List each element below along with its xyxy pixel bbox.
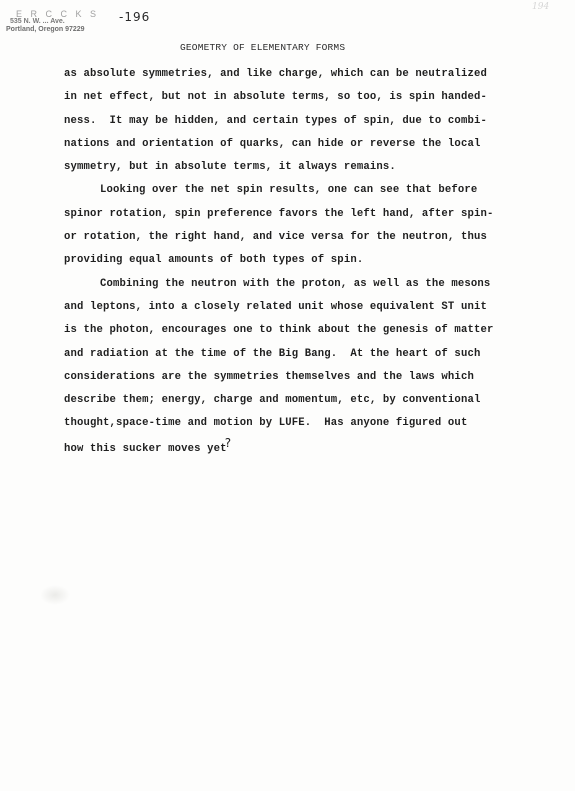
text-line: thought,space-time and motion by LUFE. H…: [64, 412, 534, 435]
text-line: nations and orientation of quarks, can h…: [64, 133, 534, 156]
faint-corner-mark: 194: [532, 2, 549, 12]
final-line-text: how this sucker moves yet: [64, 443, 227, 455]
document-page: E R C C K S 535 N. W. ... Ave. Portland,…: [0, 0, 575, 791]
paper-smudge: [40, 585, 70, 605]
document-title: GEOMETRY OF ELEMENTARY FORMS: [180, 42, 345, 53]
text-line: symmetry, but in absolute terms, it alwa…: [64, 156, 534, 179]
text-line: is the photon, encourages one to think a…: [64, 319, 534, 342]
handwritten-page-number: -196: [119, 10, 150, 24]
text-line: spinor rotation, spin preference favors …: [64, 203, 534, 226]
address-stamp: E R C C K S 535 N. W. ... Ave. Portland,…: [6, 10, 126, 34]
text-line: Looking over the net spin results, one c…: [64, 179, 534, 202]
text-line: as absolute symmetries, and like charge,…: [64, 63, 534, 86]
text-line: or rotation, the right hand, and vice ve…: [64, 226, 534, 249]
handwritten-question-mark: ?: [225, 436, 232, 450]
stamp-street: 535 N. W. ... Ave.: [6, 18, 126, 26]
text-line-final: how this sucker moves yet?: [64, 436, 534, 459]
stamp-city: Portland, Oregon 97229: [6, 26, 126, 34]
text-line: in net effect, but not in absolute terms…: [64, 86, 534, 109]
text-line: and radiation at the time of the Big Ban…: [64, 343, 534, 366]
text-line: describe them; energy, charge and moment…: [64, 389, 534, 412]
stamp-name: E R C C K S: [6, 10, 126, 18]
document-body: as absolute symmetries, and like charge,…: [64, 63, 534, 459]
text-line: Combining the neutron with the proton, a…: [64, 273, 534, 296]
text-line: and leptons, into a closely related unit…: [64, 296, 534, 319]
text-line: considerations are the symmetries themse…: [64, 366, 534, 389]
text-line: providing equal amounts of both types of…: [64, 249, 534, 272]
text-line: ness. It may be hidden, and certain type…: [64, 110, 534, 133]
